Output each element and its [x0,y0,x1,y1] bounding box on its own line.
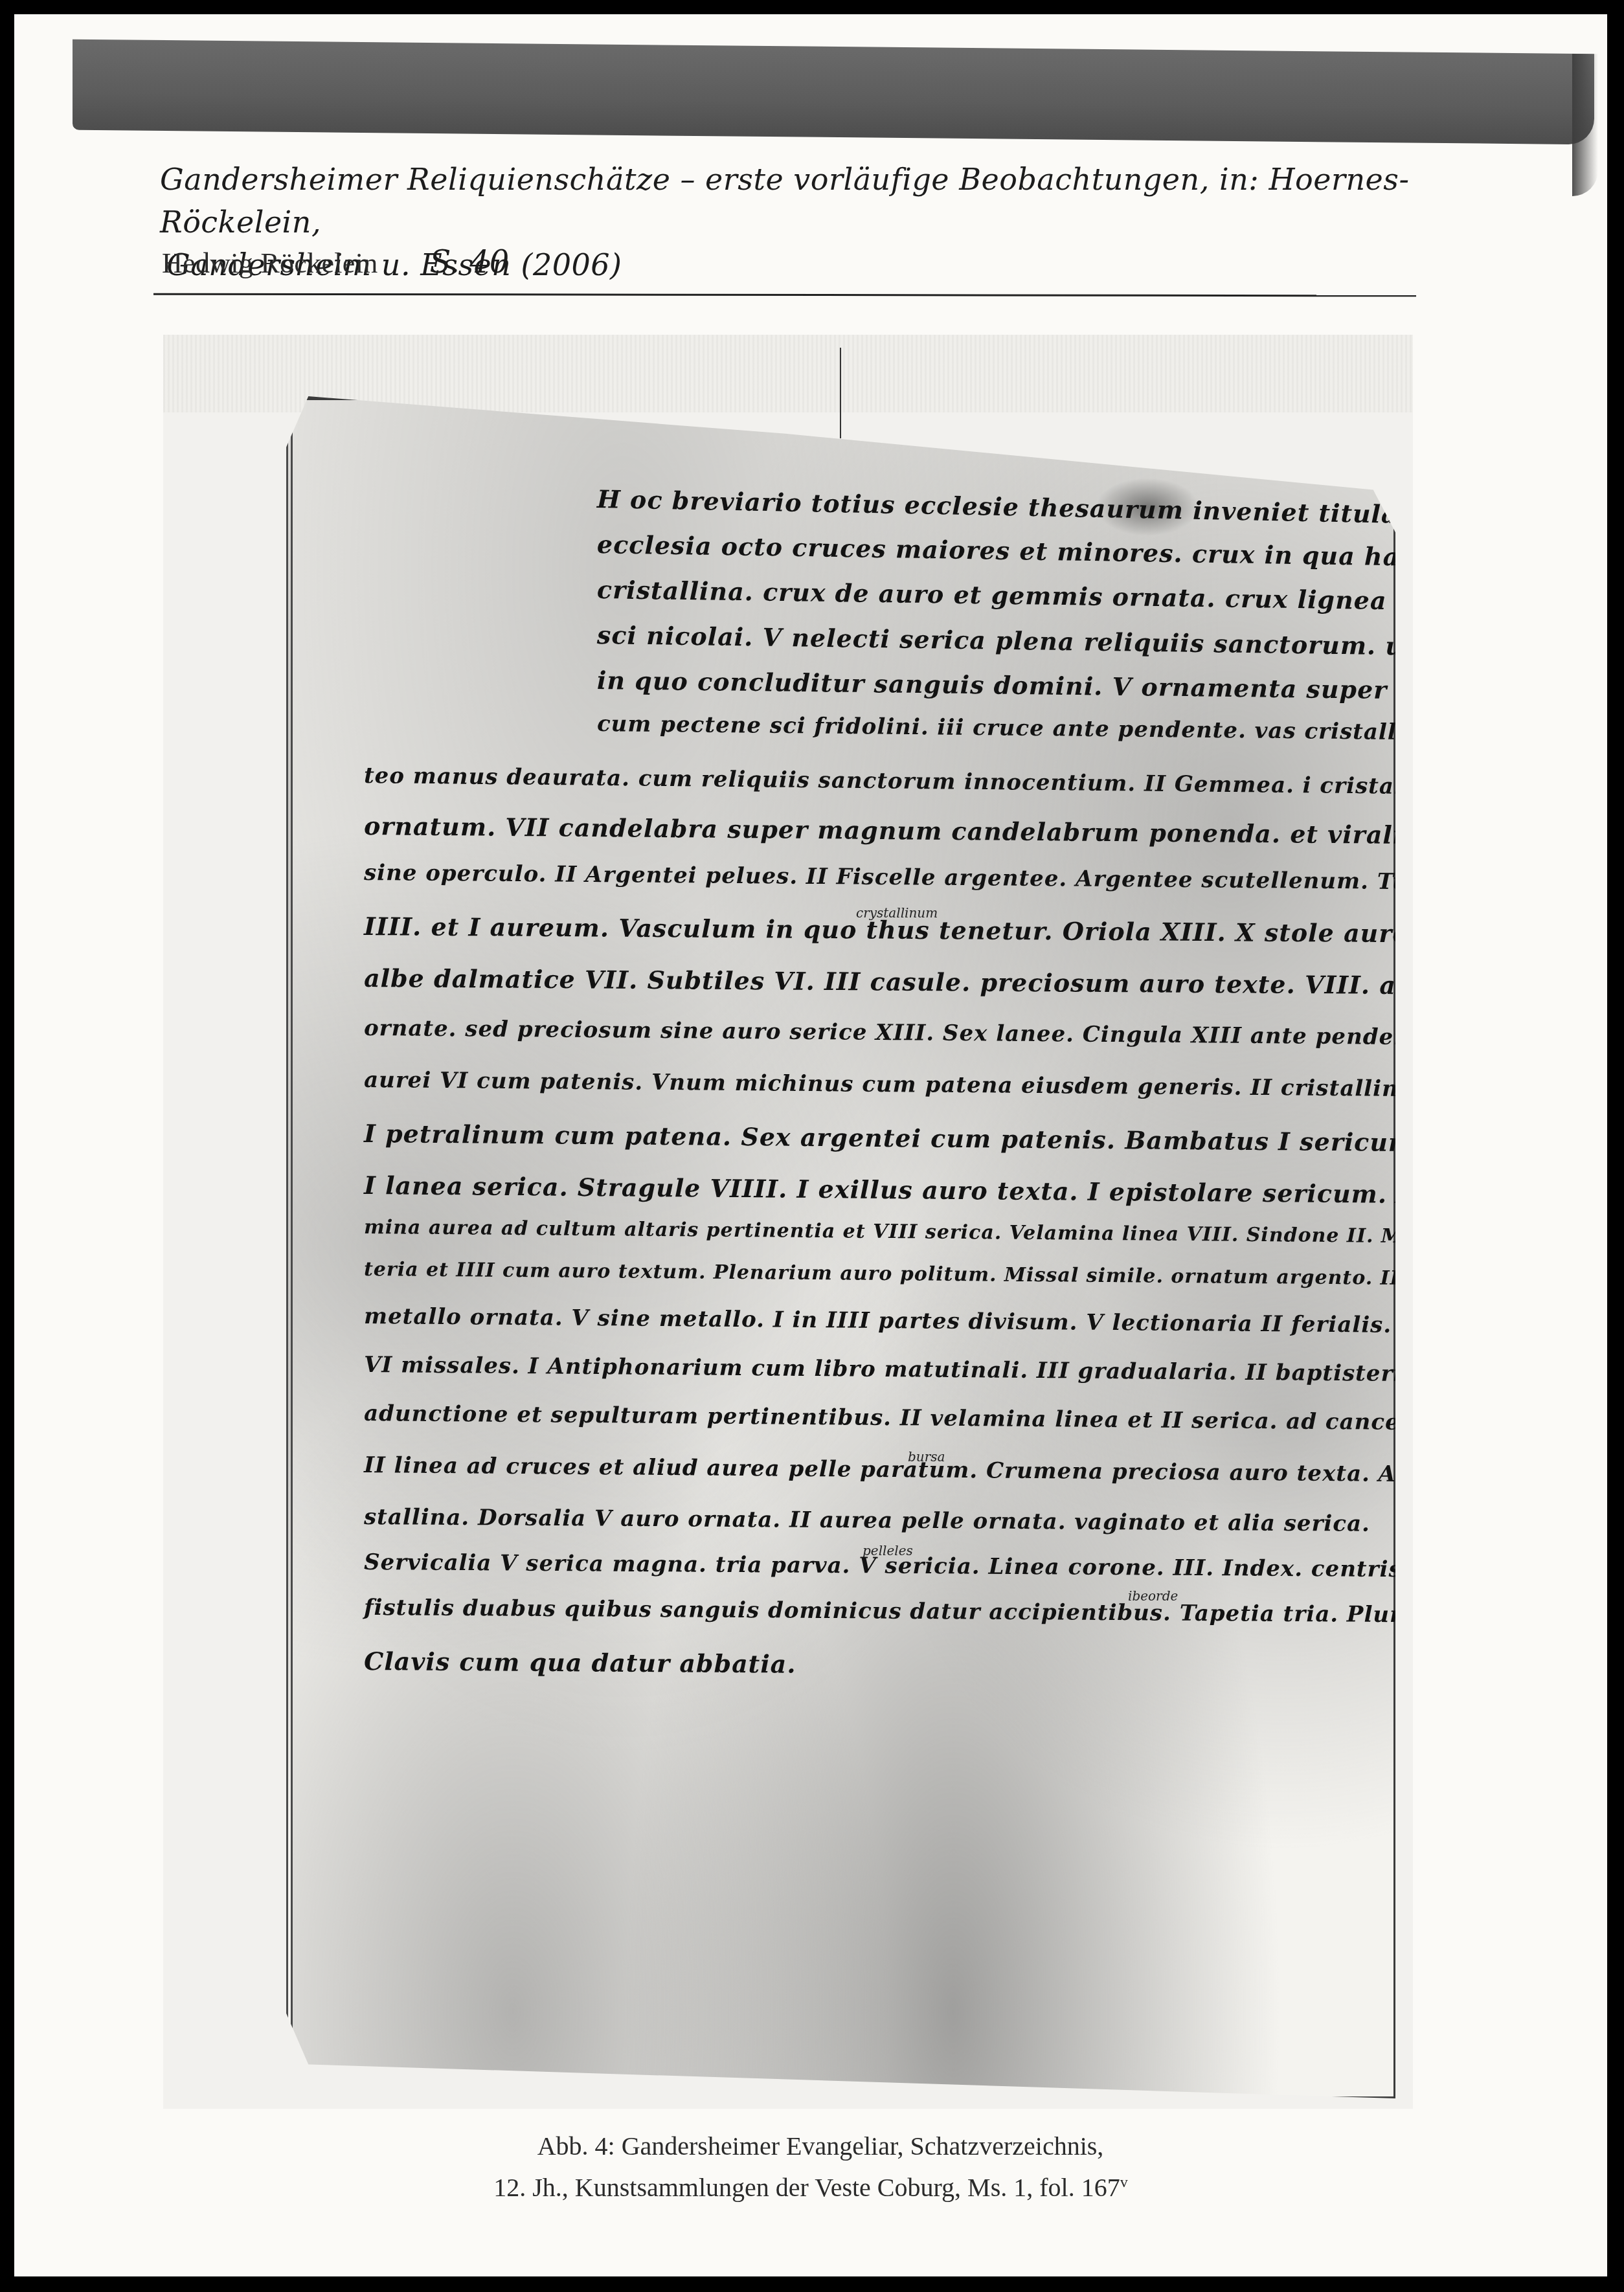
manuscript-line: teria et IIII cum auro textum. Plenarium… [364,1258,1499,1290]
manuscript-line: sine operculo. II Argentei pelues. II Fi… [364,860,1570,896]
manuscript-line: ecclesia octo cruces maiores et minores.… [597,530,1624,578]
manuscript-line: IIII. et I aureum. Vasculum in quo thus … [364,912,1566,949]
manuscript-line: I lanea serica. Stragule VIIII. I exillu… [364,1171,1624,1211]
photo-stand-line [840,348,841,438]
manuscript-line: II linea ad cruces et aliud aurea pelle … [364,1452,1520,1489]
caption-line-2-text: 12. Jh., Kunstsammlungen der Veste Cobur… [493,2173,1120,2202]
manuscript-line: mina aurea ad cultum altaris pertinentia… [364,1216,1446,1248]
scan-shadow-band [73,39,1594,145]
manuscript-line: stallina. Dorsalia V auro ornata. II aur… [364,1504,1370,1537]
scanned-page: Gandersheimer Reliquienschätze – erste v… [14,14,1607,2276]
manuscript-line: fistulis duabus quibus sanguis dominicus… [364,1595,1616,1629]
manuscript-line: ornate. sed preciosum sine auro serice X… [364,1015,1542,1051]
caption-verso-superscript: v [1120,2174,1128,2191]
manuscript-line: cum pectene sci fridolini. iii cruce ant… [597,711,1624,748]
manuscript-line: Servicalia V serica magna. tria parva. V… [364,1549,1465,1583]
manuscript-line: cristallina. crux de auro et gemmis orna… [597,575,1624,618]
caption-line-1: Abb. 4: Gandersheimer Evangeliar, Schatz… [14,2128,1607,2164]
manuscript-line: ornatum. VII candelabra super magnum can… [364,811,1606,851]
manuscript-photograph: H oc breviario totius ecclesie thesaurum… [163,335,1413,2109]
manuscript-line: metallo ornata. V sine metallo. I in III… [364,1303,1392,1338]
handwritten-page-reference: S. 40 [430,244,510,280]
running-header: Hedwig Röckelein S. 40 [162,244,509,280]
manuscript-line: sci nicolai. V nelecti serica plena reli… [597,620,1624,667]
manuscript-line: adunctione et sepulturam pertinentibus. … [364,1400,1599,1437]
manuscript-line: VI missales. I Antiphonarium cum libro m… [364,1352,1541,1388]
running-header-author: Hedwig Röckelein [162,247,378,280]
manuscript-folio: H oc breviario totius ecclesie thesaurum… [286,396,1395,2098]
manuscript-line: Clavis cum qua datur abbatia. [364,1646,796,1679]
manuscript-line: I petralinum cum patena. Sex argentei cu… [364,1119,1624,1159]
figure-caption: Abb. 4: Gandersheimer Evangeliar, Schatz… [14,2128,1607,2206]
manuscript-line: albe dalmatice VII. Subtiles VI. III cas… [364,963,1507,1000]
manuscript-line: teo manus deaurata. cum reliquiis sancto… [364,763,1624,803]
caption-line-2: 12. Jh., Kunstsammlungen der Veste Cobur… [14,2164,1607,2206]
header-rule [153,293,1416,297]
manuscript-line: aurei VI cum patenis. Vnum michinus cum … [364,1067,1583,1103]
manuscript-line: in quo concluditur sanguis domini. V orn… [597,666,1624,709]
handwritten-line-1: Gandersheimer Reliquienschätze – erste v… [160,158,1520,243]
